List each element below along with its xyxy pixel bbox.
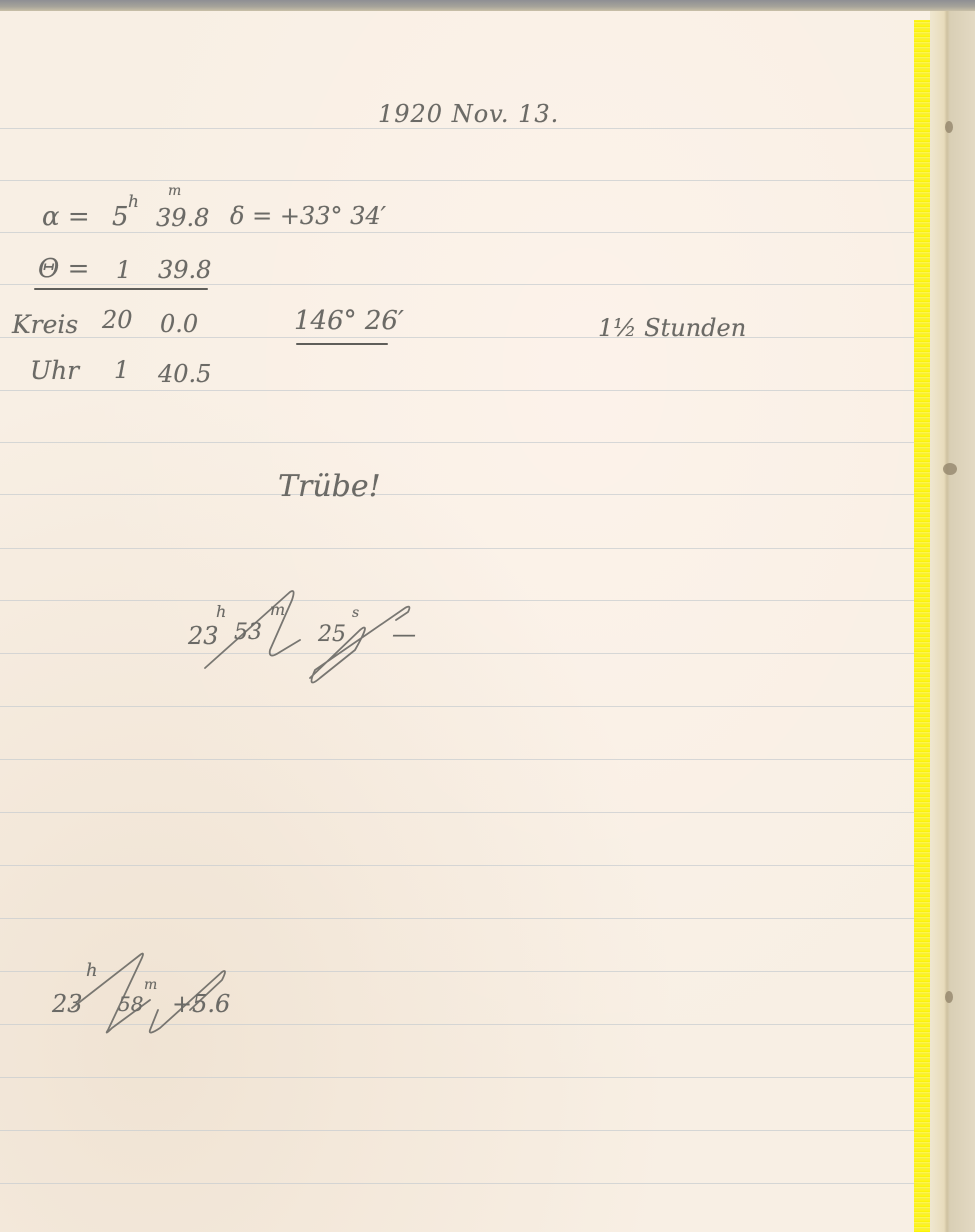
strike-through-strokes	[0, 0, 975, 1232]
margin-highlight-strip	[914, 20, 930, 1232]
notebook-page: 1920 Nov. 13. α = 5 h 39.8 m δ = +33° 34…	[0, 0, 975, 1232]
binding-stitch	[945, 121, 953, 133]
notebook-binding	[930, 11, 975, 1232]
binding-stitch	[943, 463, 957, 475]
binding-stitch	[945, 991, 953, 1003]
